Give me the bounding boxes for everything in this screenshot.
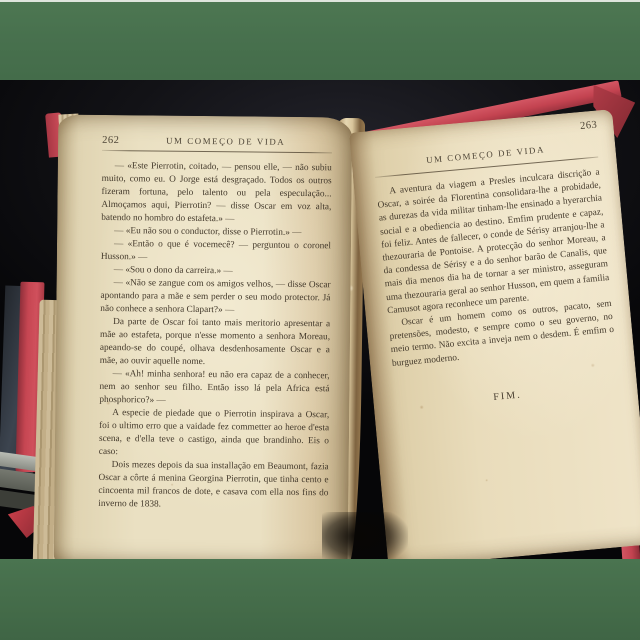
book-photo-scene: 262 UM COMEÇO DE VIDA — «Este Pierrotin,… xyxy=(0,0,640,640)
paragraph: Dois mezes depois da sua installação em … xyxy=(98,459,329,513)
right-page-content: 263 UM COMEÇO DE VIDA A aventura da viag… xyxy=(349,109,637,414)
paragraph: — «Então o que é vocemecê? — perguntou o… xyxy=(101,238,331,266)
right-page-number: 263 xyxy=(580,119,598,132)
gutter-bottom-shadow xyxy=(322,512,408,566)
left-page-text: — «Este Pierrotin, coitado, — pensou ell… xyxy=(98,160,332,513)
paragraph: — «Ah! minha senhora! eu não era capaz d… xyxy=(99,368,329,409)
green-background-band-top xyxy=(0,0,640,80)
paragraph: — «Não se zangue com os amigos velhos, —… xyxy=(100,277,330,318)
green-background-band-bottom xyxy=(0,559,640,640)
left-page-content: 262 UM COMEÇO DE VIDA — «Este Pierrotin,… xyxy=(54,114,352,513)
end-mark: FIM. xyxy=(395,380,619,411)
left-page-number: 262 xyxy=(102,135,119,146)
paragraph: — «Este Pierrotin, coitado, — pensou ell… xyxy=(101,160,332,227)
right-page: 263 UM COMEÇO DE VIDA A aventura da viag… xyxy=(349,109,640,568)
left-page: 262 UM COMEÇO DE VIDA — «Este Pierrotin,… xyxy=(54,114,353,567)
paragraph: Da parte de Oscar foi tanto mais meritor… xyxy=(100,316,331,370)
left-header-rule xyxy=(102,150,332,153)
left-running-title: UM COMEÇO DE VIDA xyxy=(119,135,332,147)
paragraph: A especie de piedade que o Pierrotin ins… xyxy=(99,407,330,461)
left-page-header: 262 UM COMEÇO DE VIDA xyxy=(102,135,332,148)
right-page-text: A aventura da viagem a Presles inculcara… xyxy=(376,166,616,370)
paragraph: A aventura da viagem a Presles inculcara… xyxy=(376,166,611,318)
